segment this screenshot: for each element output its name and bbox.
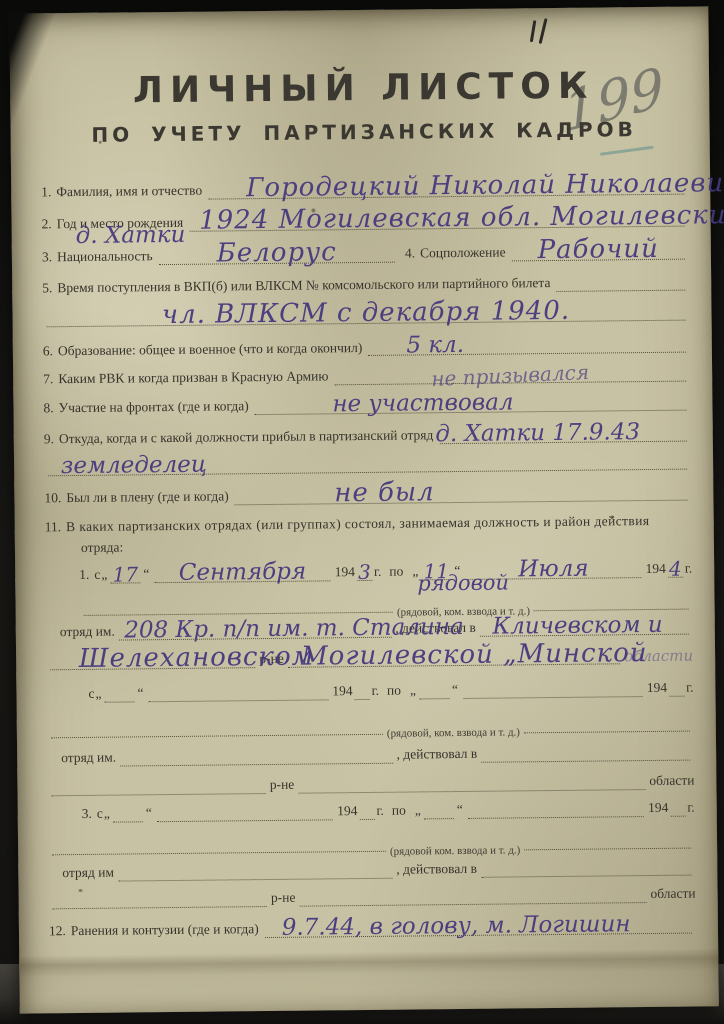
field-nationality-line: Белорус [158, 246, 395, 264]
year-prefix: 194 [337, 803, 357, 820]
field-nationality-label: Национальность [57, 248, 153, 266]
field-rvk-label: Каким РВК и когда призван в Красную Арми… [58, 369, 328, 389]
area2-line [53, 891, 267, 909]
year-to-slot [669, 681, 684, 697]
quote: “ [143, 566, 149, 583]
unit-label: отряд им. [60, 624, 115, 641]
day-to-slot [419, 683, 449, 699]
field-arrival-line2: земледелец [48, 454, 687, 477]
field-arrival-line: д. Хатки 17.9.43 [439, 426, 687, 445]
quote: „ [95, 686, 101, 703]
day-from-slot [104, 686, 134, 702]
day-from-slot: 17 [110, 567, 140, 583]
unit-line: 208 Кр. п/п им. т. Сталина [119, 622, 392, 641]
rank-line-right [524, 715, 690, 733]
to-label: по [392, 802, 406, 819]
field-wounds-row: 12. Ранения и контузии (где и когда) 9.7… [49, 917, 696, 941]
scan-background: 199 ЛИЧНЫЙ ЛИСТОК ПО УЧЕТУ ПАРТИЗАНСКИХ … [0, 0, 724, 1024]
region-line [298, 774, 645, 794]
block-number: 3. [82, 805, 92, 822]
operated-label: , действовал в [397, 746, 478, 764]
field-nationality-value: Белорус [217, 239, 337, 266]
operated-label: , действовал в [396, 861, 477, 879]
month-from-line [148, 684, 328, 702]
year-prefix: 194 [332, 683, 352, 700]
area-line [481, 860, 692, 878]
service-block2-region: р-не области [47, 772, 694, 796]
year-prefix: 194 [647, 680, 667, 697]
year-to-slot: 4 [668, 561, 683, 577]
from-label: с [88, 686, 94, 703]
field-social-value: Рабочий [537, 236, 658, 263]
field-party-value: чл. ВЛКСМ с декабря 1940. [162, 297, 570, 327]
rank-hint: (рядовой, ком. взвода и т. д.) [397, 605, 530, 618]
service-block1-unit: отряд им. 208 Кр. п/п им. т. Сталина , д… [46, 618, 693, 642]
unit-line [118, 863, 393, 882]
field-arrival-value2: земледелец [61, 454, 207, 479]
rank-line-right [524, 833, 691, 851]
field-number: 8. [43, 400, 53, 417]
field-education-row: 6. Образование: общее и военное (что и к… [43, 336, 690, 360]
field-party-line2: чл. ВЛКСМ с декабря 1940. [46, 304, 685, 327]
page-subtitle: ПО УЧЕТУ ПАРТИЗАНСКИХ КАДРОВ [41, 117, 688, 149]
oblast-label: области [650, 886, 695, 903]
field-family-value: Городецкий Николай Николаевич [246, 170, 724, 201]
quote: “ [457, 802, 463, 819]
field-wounds-line: 9.7.44, в голову, м. Логишин [265, 918, 692, 938]
field-wounds-value: 9.7.44, в голову, м. Логишин [282, 913, 631, 940]
field-captivity-line: не был [235, 484, 688, 505]
field-party-label: Время поступления в ВКП(б) или ВЛКСМ № к… [57, 275, 550, 297]
field-captivity-label: Был ли в плену (где и когда) [66, 488, 229, 507]
area2-line [51, 778, 265, 796]
field-number: 12. [49, 923, 66, 940]
district-label: р-не [271, 890, 296, 907]
field-birth-value: 1924 Могилевская обл. Могилевский р-н [199, 201, 724, 233]
rank-hint-wrap: (рядовой, ком. взвода и т. д.) [387, 716, 520, 734]
field-rvk-row: 7. Каким РВК и когда призван в Красную А… [43, 365, 690, 389]
field-social-line: Рабочий [511, 243, 685, 261]
service-block2-dates: с „ “ 194 г. по „ “ 194 г. [46, 680, 693, 704]
field-units-header-row: 11. В каких партизанских отрядах (или гр… [45, 512, 692, 536]
day-from-value: 17 [113, 564, 139, 584]
service-block3-unit: отряд им , действовал в [48, 859, 695, 883]
quote: „ [415, 802, 421, 819]
quote: “ [454, 563, 460, 580]
field-fronts-row: 8. Участие на фронтах (где и когда) не у… [43, 394, 690, 418]
field-family-line: Городецкий Николай Николаевич [208, 178, 684, 199]
field-units-label: В каких партизанских отрядах (или группа… [66, 513, 649, 536]
quote: „ [104, 805, 110, 822]
year-from-slot [355, 684, 370, 700]
field-birth-line: 1924 Могилевская обл. Могилевский р-н [189, 210, 684, 231]
area-line [481, 744, 690, 762]
month-from-value: Сентября [179, 560, 307, 584]
field-units-label2: отряда: [81, 539, 123, 556]
rank-hint: (рядовой ком. взвода и т. д.) [390, 844, 520, 857]
rank-hint: (рядовой, ком. взвода и т. д.) [387, 726, 520, 739]
month-to-line [468, 801, 644, 819]
year-suffix: г. [376, 802, 384, 819]
quote: „ [412, 563, 418, 580]
field-education-line: 5 кл. [368, 337, 686, 356]
field-fronts-line: не участвовал [255, 395, 687, 416]
block-number: 1. [79, 566, 89, 583]
field-arrival-value: д. Хатки 17.9.43 [435, 421, 640, 446]
unit-label: отряд им. [61, 749, 116, 766]
day-to-value: 11 [423, 561, 449, 581]
to-label: по [389, 563, 403, 580]
day-to-slot: 11 [421, 564, 451, 580]
year-from-slot: 3 [357, 564, 372, 580]
field-party-row: 5. Время поступления в ВКП(б) или ВЛКСМ … [42, 273, 689, 297]
field-number: 11. [45, 519, 62, 536]
field-number: 10. [44, 490, 61, 507]
quote: “ [452, 682, 458, 699]
field-arrival-value2-row: земледелец [44, 454, 691, 477]
quote: “ [146, 805, 152, 822]
service-block1-region: Шелехановском р-не Могилевской „Минской … [46, 647, 693, 671]
field-rvk-line: не призывался [334, 366, 686, 386]
field-family-row: 1. Фамилия, имя и отчество Городецкий Ни… [41, 178, 688, 202]
month-to-value: Июля [518, 557, 588, 581]
district-label: р-не [270, 776, 295, 793]
operated-label: , действовал в [395, 620, 476, 638]
service-block3-rank: (рядовой ком. взвода и т. д.) [48, 832, 695, 856]
page-title: ЛИЧНЫЙ ЛИСТОК [40, 63, 687, 115]
field-number: 6. [43, 343, 53, 360]
from-label: с [94, 566, 100, 583]
field-number: 1. [41, 184, 51, 201]
field-education-value: 5 кл. [406, 334, 464, 358]
quote: „ [101, 566, 107, 583]
district-label: р-не [259, 651, 284, 668]
field-number: 2. [41, 216, 51, 233]
year-suffix: г. [372, 683, 380, 700]
year-suffix: г. [374, 563, 382, 580]
year-prefix: 194 [648, 799, 668, 816]
month-from-line: Сентября [154, 565, 330, 583]
year-suffix: г. [687, 799, 695, 816]
service-block1-rank: рядовой (рядовой, ком. взвода и т. д.) [45, 593, 692, 617]
year-to-digit: 4 [669, 558, 682, 578]
year-to-slot [670, 800, 685, 816]
field-party-line [556, 274, 685, 291]
region-line [299, 887, 646, 907]
field-number: 4. [405, 245, 415, 262]
field-party-value-row: чл. ВЛКСМ с декабря 1940. [42, 304, 689, 327]
day-to-slot [424, 803, 454, 819]
field-rvk-value: не призывался [431, 362, 590, 389]
field-number: 7. [43, 372, 53, 389]
area-line: Кличевском и [480, 619, 689, 637]
service-block2-rank: (рядовой, ком. взвода и т. д.) [47, 715, 694, 739]
field-number: 5. [42, 280, 52, 297]
rank-line-left [52, 836, 386, 855]
month-to-line [463, 681, 643, 699]
document-paper: 199 ЛИЧНЫЙ ЛИСТОК ПО УЧЕТУ ПАРТИЗАНСКИХ … [9, 6, 718, 1013]
field-number: 9. [44, 431, 54, 448]
field-family-label: Фамилия, имя и отчество [56, 183, 202, 201]
field-education-label: Образование: общее и военное (что и когд… [58, 340, 362, 360]
to-label: по [387, 683, 401, 700]
service-block3-dates: 3. с „ “ 194 г. по „ “ 194 г. [48, 799, 695, 823]
field-fronts-label: Участие на фронтах (где и когда) [59, 398, 249, 417]
area-value: Кличевском и [492, 614, 662, 639]
day-from-slot [113, 806, 143, 822]
field-birth-label: Год и место рождения [57, 215, 184, 233]
service-block3-region: р-не области [49, 886, 696, 910]
field-captivity-row: 10. Был ли в плену (где и когда) не был [44, 484, 691, 508]
year-prefix: 194 [335, 564, 355, 581]
field-units-header-row2: отряда: [45, 533, 692, 557]
rank-hint-wrap: (рядовой ком. взвода и т. д.) [390, 834, 520, 852]
oblast-handwritten: области [624, 649, 693, 665]
form-content: ЛИЧНЫЙ ЛИСТОК ПО УЧЕТУ ПАРТИЗАНСКИХ КАДР… [9, 6, 718, 1013]
quote: „ [410, 683, 416, 700]
from-label: с [97, 805, 103, 822]
year-from-slot [359, 803, 374, 819]
month-to-line: Июля [465, 562, 641, 580]
field-number: 3. [42, 249, 52, 266]
year-suffix: г. [686, 680, 694, 697]
unit-line [120, 747, 393, 766]
field-captivity-value: не был [334, 479, 435, 506]
field-fronts-value: не участвовал [332, 392, 513, 417]
area2-line: Шелехановском [50, 652, 255, 670]
rank-hint-wrap: рядовой (рядовой, ком. взвода и т. д.) [397, 595, 530, 613]
year-from-digit: 3 [358, 561, 371, 581]
field-wounds-label: Ранения и контузии (где и когда) [71, 921, 259, 940]
year-prefix: 194 [645, 560, 665, 577]
quote: “ [137, 685, 143, 702]
field-birth-row: 2. Год и место рождения 1924 Могилевская… [41, 209, 688, 233]
rank-line-left [84, 597, 393, 616]
rank-line-left [51, 719, 383, 738]
year-suffix: г. [685, 560, 693, 577]
rank-line-right [534, 594, 689, 612]
region-line: Могилевской „Минской [288, 648, 620, 667]
field-arrival-label: Откуда, когда и с какой должности прибыл… [59, 427, 434, 448]
field-nationality-social-row: д. Хатки 3. Национальность Белорус 4. Со… [42, 242, 689, 266]
service-block2-unit: отряд им. , действовал в [47, 743, 694, 767]
field-social-label: Соцположение [420, 244, 506, 262]
unit-label: отряд им [62, 865, 114, 882]
field-arrival-row: 9. Откуда, когда и с какой должности при… [44, 425, 691, 449]
oblast-label: области [649, 772, 694, 789]
service-block1-dates: 1. с „ 17 “ Сентября 194 3 г. по „ 11 “ … [45, 560, 692, 584]
month-from-line [157, 804, 333, 822]
region-value: Могилевской „Минской [301, 640, 648, 670]
